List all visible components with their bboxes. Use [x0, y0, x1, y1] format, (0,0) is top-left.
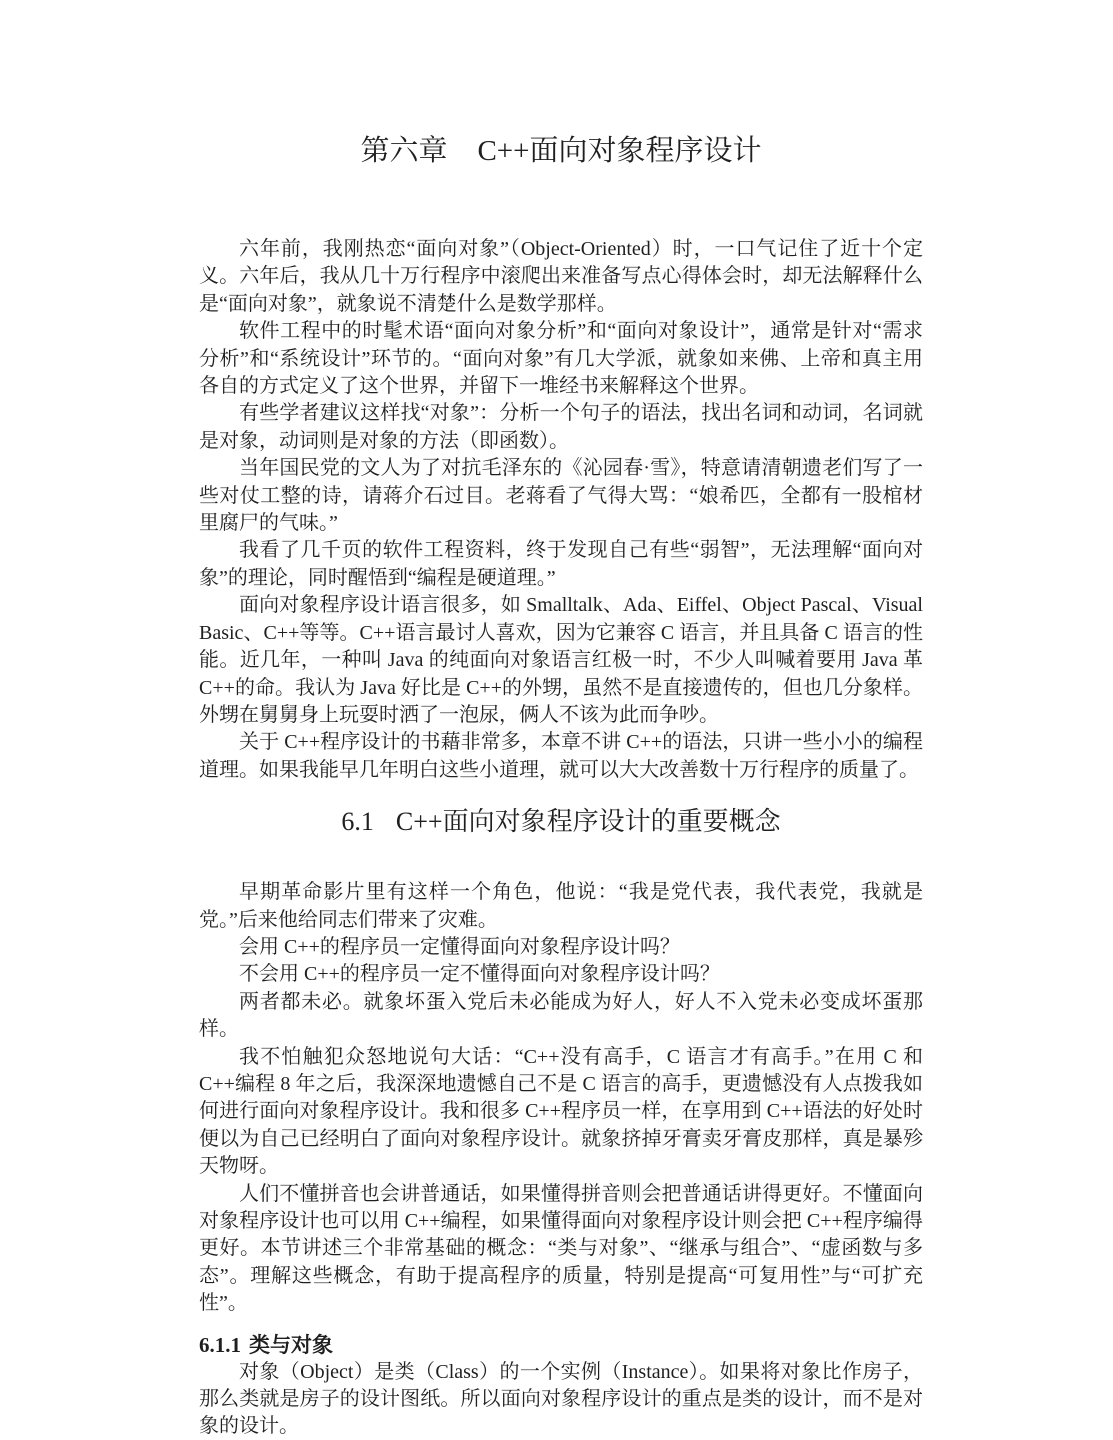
- subsection-paragraph: 对象（Object）是类（Class）的一个实例（Instance）。如果将对象…: [199, 1359, 923, 1440]
- chapter-intro: 六年前，我刚热恋“面向对象”（Object-Oriented）时，一口气记住了近…: [199, 236, 923, 784]
- chapter-number: 第六章: [360, 135, 447, 167]
- section-paragraph: 会用 C++的程序员一定懂得面向对象程序设计吗？: [199, 934, 923, 961]
- intro-paragraph: 有些学者建议这样找“对象”：分析一个句子的语法，找出名词和动词，名词就是对象，动…: [199, 400, 923, 455]
- intro-paragraph: 面向对象程序设计语言很多，如 Smalltalk、Ada、Eiffel、Obje…: [199, 592, 923, 729]
- section-6-1-heading: 6.1C++面向对象程序设计的重要概念: [199, 805, 923, 839]
- intro-paragraph: 我看了几千页的软件工程资料，终于发现自己有些“弱智”，无法理解“面向对象”的理论…: [199, 537, 923, 592]
- section-paragraph: 人们不懂拼音也会讲普通话，如果懂得拼音则会把普通话讲得更好。不懂面向对象程序设计…: [199, 1181, 923, 1318]
- page-content: 第六章C++面向对象程序设计 六年前，我刚热恋“面向对象”（Object-Ori…: [199, 133, 923, 1440]
- section-6-1-body: 早期革命影片里有这样一个角色，他说：“我是党代表，我代表党，我就是党。”后来他给…: [199, 879, 923, 1318]
- section-paragraph: 不会用 C++的程序员一定不懂得面向对象程序设计吗？: [199, 961, 923, 988]
- chapter-title-text: C++面向对象程序设计: [477, 135, 761, 167]
- intro-paragraph: 关于 C++程序设计的书藉非常多，本章不讲 C++的语法，只讲一些小小的编程道理…: [199, 729, 923, 784]
- intro-paragraph: 六年前，我刚热恋“面向对象”（Object-Oriented）时，一口气记住了近…: [199, 236, 923, 318]
- intro-paragraph: 软件工程中的时髦术语“面向对象分析”和“面向对象设计”，通常是针对“需求分析”和…: [199, 318, 923, 400]
- intro-paragraph: 当年国民党的文人为了对抗毛泽东的《沁园春·雪》，特意请清朝遗老们写了一些对仗工整…: [199, 455, 923, 537]
- document-page: 第六章C++面向对象程序设计 六年前，我刚热恋“面向对象”（Object-Ori…: [0, 0, 1113, 1440]
- subsection-6-1-1-number: 6.1.1: [199, 1333, 241, 1357]
- section-paragraph: 早期革命影片里有这样一个角色，他说：“我是党代表，我代表党，我就是党。”后来他给…: [199, 879, 923, 934]
- section-6-1-title-text: C++面向对象程序设计的重要概念: [396, 807, 781, 836]
- subsection-6-1-1-heading: 6.1.1类与对象: [199, 1332, 923, 1359]
- chapter-heading: 第六章C++面向对象程序设计: [199, 133, 923, 169]
- section-6-1-number: 6.1: [341, 807, 374, 836]
- section-paragraph: 两者都未必。就象坏蛋入党后未必能成为好人，好人不入党未必变成坏蛋那样。: [199, 989, 923, 1044]
- subsection-6-1-1-body: 对象（Object）是类（Class）的一个实例（Instance）。如果将对象…: [199, 1359, 923, 1440]
- section-paragraph: 我不怕触犯众怒地说句大话：“C++没有高手，C 语言才有高手。”在用 C 和 C…: [199, 1044, 923, 1181]
- subsection-6-1-1-title-text: 类与对象: [249, 1333, 333, 1357]
